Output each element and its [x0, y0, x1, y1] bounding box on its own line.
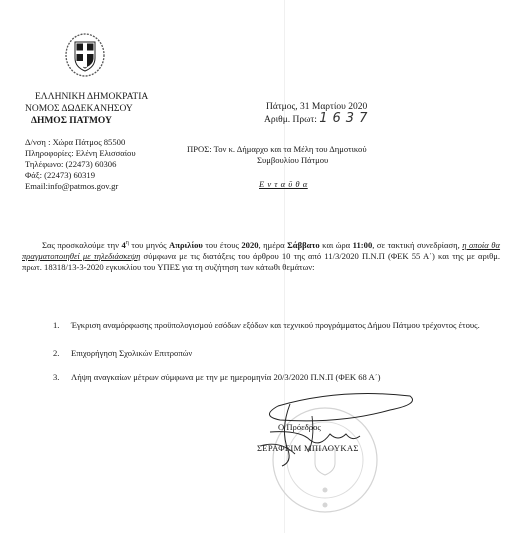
info-contact: Πληροφορίες: Ελένη Ελισσαίου — [25, 148, 136, 159]
meeting-year: 2020 — [241, 240, 258, 250]
meeting-month: Απριλίου — [169, 240, 203, 250]
municipality-name: ΔΗΜΟΣ ΠΑΤΜΟΥ — [31, 115, 112, 127]
meeting-time: 11:00 — [353, 240, 373, 250]
recipient-line-1: ΠΡΟΣ: Τον κ. Δήμαρχο και τα Μέλη του Δημ… — [187, 144, 367, 155]
agenda-item: 3. Λήψη αναγκαίων μέτρων σύμφωνα με την … — [53, 372, 493, 384]
handwritten-signature-icon — [220, 390, 420, 470]
recipient-location: Ε ν τ α ῦ θ α — [259, 179, 308, 190]
protocol-row: Αριθμ. Πρωτ: 1637 — [264, 113, 372, 126]
meeting-weekday: Σάββατο — [287, 240, 320, 250]
hellenic-republic-coat-of-arms-icon — [64, 32, 106, 78]
fax: Φάξ: (22473) 60319 — [25, 170, 95, 181]
email-link[interactable]: Email:info@patmos.gov.gr — [25, 181, 118, 192]
protocol-number: 1637 — [319, 111, 372, 126]
address: Δ/νση : Χώρα Πάτμος 85500 — [25, 137, 125, 148]
recipient-line-2: Συμβουλίου Πάτμου — [257, 155, 328, 166]
country-name: ΕΛΛΗΝΙΚΗ ΔΗΜΟΚΡΑΤΙΑ — [35, 91, 148, 103]
invitation-paragraph: Σας προσκαλούμε την 4η του μηνός Απριλίο… — [22, 238, 500, 273]
phone: Τηλέφωνο: (22473) 60306 — [25, 159, 116, 170]
agenda-item: 2. Επιχορήγηση Σχολικών Επιτροπών — [53, 348, 493, 360]
prefecture-name: ΝΟΜΟΣ ΔΩΔΕΚΑΝΗΣΟΥ — [25, 103, 133, 115]
agenda-item: 1. Έγκριση αναμόρφωσης προϋπολογισμού εσ… — [53, 320, 493, 344]
protocol-label: Αριθμ. Πρωτ: — [264, 115, 317, 125]
